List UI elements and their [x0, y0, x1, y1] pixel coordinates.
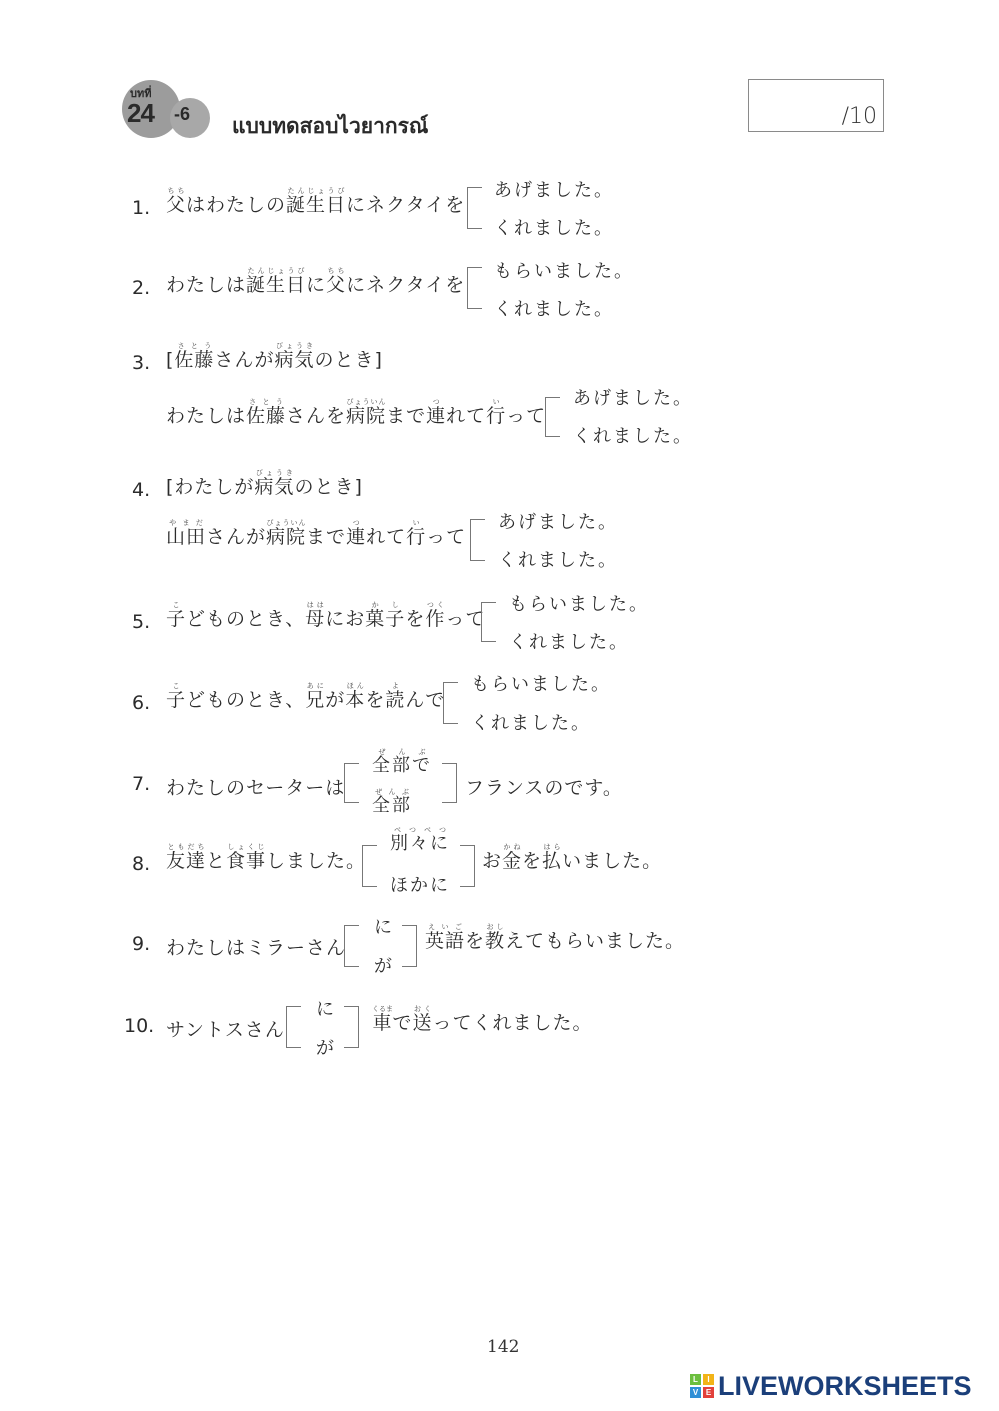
page-number: 142 — [487, 1337, 519, 1357]
question-number: 6. — [132, 692, 150, 714]
option-2[interactable]: くれました。 — [573, 422, 693, 448]
option-1[interactable]: に — [316, 995, 336, 1021]
score-box[interactable]: /10 — [748, 79, 884, 132]
option-1[interactable]: もらいました。 — [494, 257, 634, 283]
bracket-left — [443, 682, 458, 724]
bracket-right — [344, 1006, 359, 1048]
question-number: 3. — [132, 352, 150, 374]
bracket-left — [545, 397, 560, 437]
question-context: [佐藤さとうさんが病気びょうきのとき] — [166, 342, 383, 372]
question-number: 9. — [132, 933, 150, 955]
bracket-left — [481, 602, 496, 642]
question-number: 5. — [132, 611, 150, 633]
question-number: 2. — [132, 277, 150, 299]
option-1[interactable]: あげました。 — [494, 176, 614, 202]
option-2[interactable]: が — [374, 952, 394, 978]
option-1[interactable]: もらいました。 — [509, 590, 649, 616]
bracket-left — [286, 1006, 301, 1048]
bracket-left — [362, 845, 377, 887]
question-text: わたしは佐藤さとうさんを病院びょういんまで連つれて行いって — [166, 398, 546, 428]
question-text: 子こどものとき、兄あにが本ほんを読よんで — [166, 682, 445, 712]
option-2[interactable]: くれました。 — [494, 214, 614, 240]
question-text: わたしはミラーさん — [166, 933, 346, 960]
question-number: 4. — [132, 479, 150, 501]
question-text: 山田やまださんが病院びょういんまで連つれて行いって — [166, 519, 466, 549]
lesson-sub-number: -6 — [174, 104, 190, 125]
question-text: 子こどものとき、母ははにお菓子かしを作つくって — [166, 601, 485, 631]
question-text: 友達ともだちと食事しょくじしました。 — [166, 843, 366, 873]
question-number: 1. — [132, 197, 150, 219]
option-2[interactable]: 全部ぜんぶ — [372, 788, 412, 817]
question-context: [わたしが病気びょうきのとき] — [166, 469, 363, 499]
option-1[interactable]: 別々にべつべつ — [390, 826, 450, 855]
question-suffix: 英語えいごを教おしえてもらいました。 — [425, 923, 685, 953]
question-suffix: お金かねを払はらいました。 — [482, 843, 662, 873]
bracket-left — [470, 519, 485, 561]
bracket-right — [442, 763, 457, 803]
question-text: サントスさん — [166, 1015, 285, 1042]
bracket-right — [460, 845, 475, 887]
question-number: 8. — [132, 853, 150, 875]
option-2[interactable]: が — [316, 1034, 336, 1060]
liveworksheets-logo[interactable]: L I V E LIVEWORKSHEETS — [690, 1373, 972, 1399]
score-total: /10 — [842, 104, 877, 129]
bracket-left — [467, 187, 482, 229]
bracket-left — [344, 763, 359, 803]
option-2[interactable]: くれました。 — [471, 709, 591, 735]
question-text: わたしは誕生日たんじょうびに父ちちにネクタイを — [166, 267, 465, 297]
option-2[interactable]: くれました。 — [494, 295, 614, 321]
bracket-left — [467, 267, 482, 309]
option-2[interactable]: ほかに — [390, 871, 450, 897]
question-text: 父ちちはわたしの誕生日たんじょうびにネクタイを — [166, 187, 465, 217]
logo-tiles-icon: L I V E — [690, 1374, 714, 1398]
brand-name: LIVEWORKSHEETS — [718, 1371, 972, 1402]
question-text: わたしのセーターは — [166, 773, 345, 800]
option-1[interactable]: あげました。 — [498, 508, 618, 534]
question-number: 10. — [124, 1015, 154, 1037]
question-suffix: 車くるまで送おくってくれました。 — [372, 1005, 593, 1035]
page-title: แบบทดสอบไวยากรณ์ — [232, 110, 428, 143]
option-2[interactable]: くれました。 — [509, 628, 629, 654]
bracket-right — [402, 925, 417, 967]
question-number: 7. — [132, 773, 150, 795]
option-2[interactable]: くれました。 — [498, 546, 618, 572]
question-suffix: フランスのです。 — [465, 773, 623, 800]
lesson-badge: บทที่ 24 -6 — [118, 78, 214, 142]
option-1[interactable]: に — [374, 913, 394, 939]
bracket-left — [344, 925, 359, 967]
option-1[interactable]: あげました。 — [573, 384, 693, 410]
option-1[interactable]: もらいました。 — [471, 670, 611, 696]
option-1[interactable]: 全部でぜんぶ — [372, 748, 432, 777]
lesson-number: 24 — [127, 98, 154, 129]
